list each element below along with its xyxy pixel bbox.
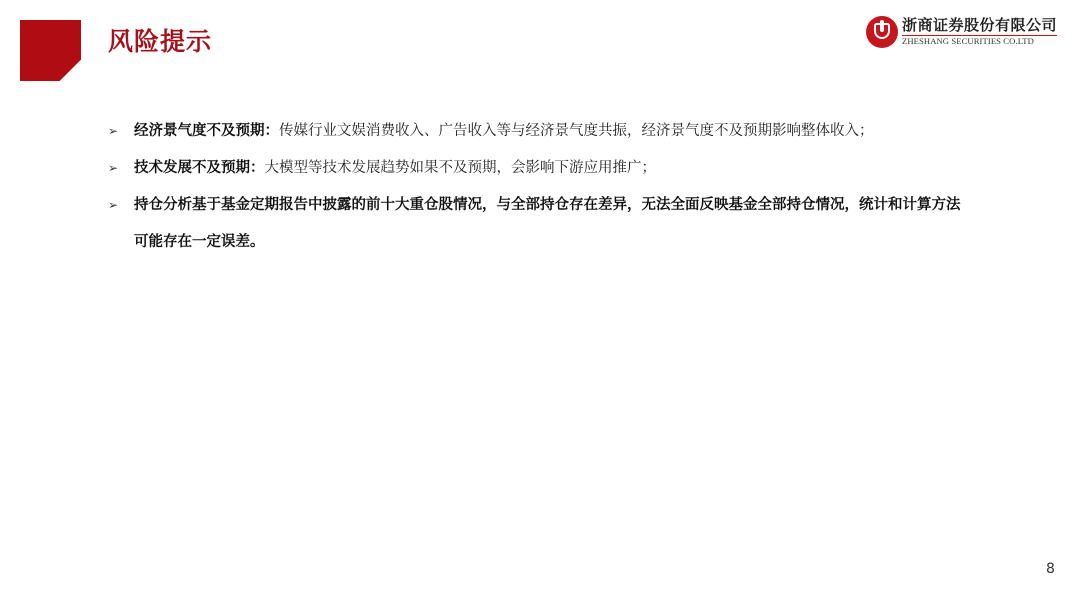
- list-item: ➢ 经济景气度不及预期：传媒行业文娱消费收入、广告收入等与经济景气度共振，经济景…: [108, 113, 968, 150]
- arrow-bullet-icon: ➢: [108, 113, 134, 150]
- list-item: ➢ 技术发展不及预期：大模型等技术发展趋势如果不及预期，会影响下游应用推广；: [108, 150, 968, 187]
- page-number: 8: [1046, 561, 1055, 577]
- bullet-text: 大模型等技术发展趋势如果不及预期，会影响下游应用推广；: [265, 160, 657, 176]
- bullet-title: 持仓分析基于基金定期报告中披露的前十大重仓股情况，与全部持仓存在差异，无法全面反…: [134, 197, 961, 250]
- company-logo: 浙商证券股份有限公司 ZHESHANG SECURITIES CO.LTD: [866, 14, 1057, 50]
- arrow-bullet-icon: ➢: [108, 150, 134, 187]
- header-accent-block: [20, 20, 81, 81]
- bullet-title: 技术发展不及预期：: [134, 160, 265, 176]
- zheshang-logo-icon: [866, 16, 898, 48]
- risk-list: ➢ 经济景气度不及预期：传媒行业文娱消费收入、广告收入等与经济景气度共振，经济景…: [108, 113, 968, 261]
- arrow-bullet-icon: ➢: [108, 187, 134, 224]
- bullet-text: 传媒行业文娱消费收入、广告收入等与经济景气度共振，经济景气度不及预期影响整体收入…: [279, 123, 874, 139]
- bullet-title: 经济景气度不及预期：: [134, 123, 279, 139]
- list-item: ➢ 持仓分析基于基金定期报告中披露的前十大重仓股情况，与全部持仓存在差异，无法全…: [108, 187, 968, 261]
- logo-name-en: ZHESHANG SECURITIES CO.LTD: [902, 36, 1057, 47]
- page-title: 风险提示: [108, 22, 212, 58]
- logo-name-cn: 浙商证券股份有限公司: [902, 17, 1057, 36]
